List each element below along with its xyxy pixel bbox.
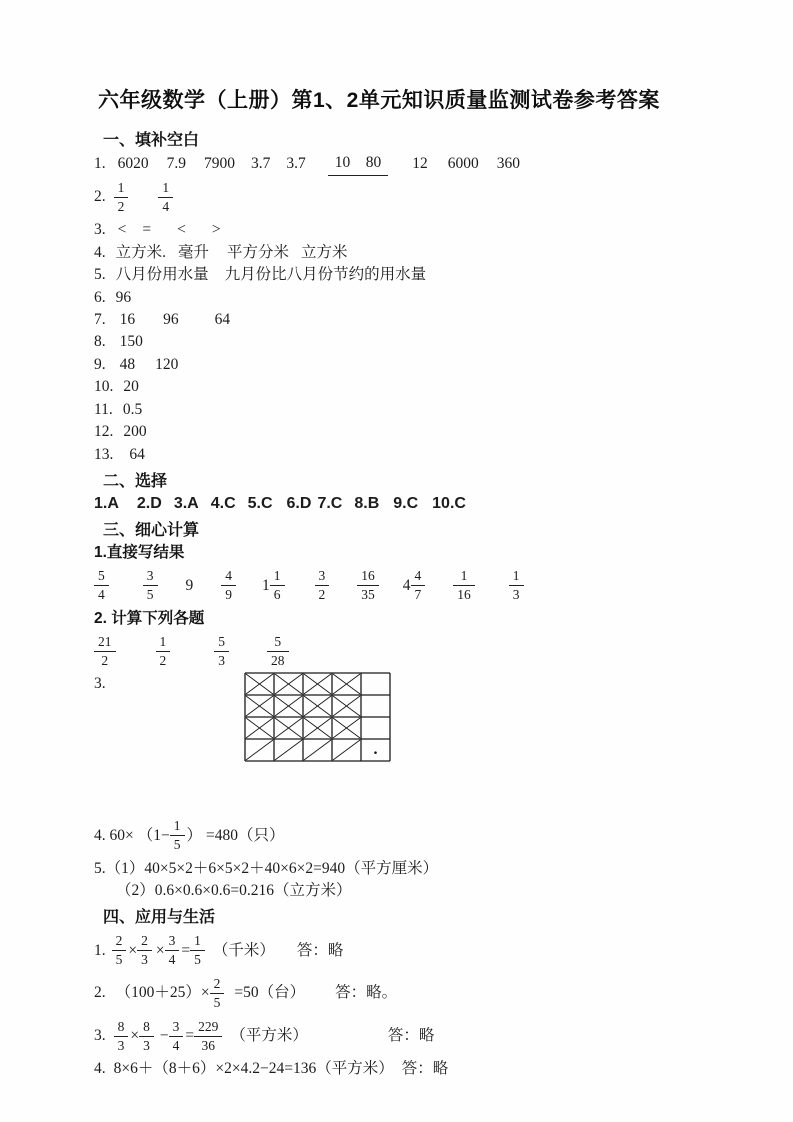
spacer — [106, 342, 120, 343]
numerator: 1 — [158, 180, 173, 198]
spacer — [209, 252, 227, 253]
fraction: 1635 — [357, 568, 379, 603]
spacer — [209, 275, 225, 276]
mixed-number: 447 — [403, 568, 426, 603]
answer-text: 10. — [94, 376, 113, 398]
answer-line: 5.八月份用水量九月份比八月份节约的用水量 — [94, 264, 737, 286]
answer-text: 3. — [94, 1025, 106, 1047]
answer-text: 6. — [94, 287, 106, 309]
section-heading: 四、应用与生活 — [103, 904, 737, 927]
answer-line: 3.83×83−34=22936（平方米）答：略 — [94, 1015, 737, 1058]
denominator: 4 — [169, 1037, 184, 1054]
answer-text: 6000 — [448, 153, 479, 175]
spacer — [193, 585, 221, 586]
spacer — [106, 252, 116, 253]
answer-text: × — [130, 1025, 139, 1047]
numerator: 2 — [137, 933, 152, 951]
answer-text: 13. — [94, 444, 113, 466]
answer-line: 543594911632163544711613 — [94, 564, 737, 607]
answer-text: 5. — [94, 264, 106, 286]
denominator: 35 — [357, 586, 379, 603]
denominator: 3 — [137, 951, 152, 968]
numerator: 1 — [270, 568, 285, 586]
spacer — [128, 197, 158, 198]
section: 四、应用与生活1.25×23×34=15（千米）答：略2.（100＋25）×25… — [94, 904, 737, 1080]
denominator: 3 — [509, 586, 524, 603]
fraction: 83 — [139, 1019, 154, 1054]
fraction: 13 — [509, 568, 524, 603]
answer-line: 7.169664 — [94, 309, 737, 331]
spacer — [170, 651, 214, 652]
spacer — [116, 651, 156, 652]
answer-text: 毫升 — [178, 242, 209, 264]
denominator: 6 — [270, 586, 285, 603]
spacer — [418, 503, 432, 504]
answer-text: 11. — [94, 399, 113, 421]
numerator: 2 — [112, 933, 127, 951]
answer-text: 3. — [94, 219, 106, 241]
spacer — [106, 320, 120, 321]
spacer — [166, 252, 178, 253]
numerator: 4 — [411, 568, 426, 586]
denominator: 2 — [114, 198, 129, 215]
answer-line: 10.20 — [94, 376, 737, 398]
spacer — [113, 409, 123, 410]
answer-text: 120 — [155, 354, 178, 376]
answer-line: 1.A2.D3.A4.C5.C6.D7.C8.B9.C10.C — [94, 493, 737, 515]
answer-line: 2.1214 — [94, 176, 737, 219]
numerator: 3 — [165, 933, 180, 951]
numerator: 5 — [94, 568, 109, 586]
answer-text: 200 — [123, 421, 146, 443]
denominator: 16 — [453, 586, 475, 603]
spacer — [113, 454, 129, 455]
section: 一、填补空白1.60207.979003.73.710 801260003602… — [94, 127, 737, 466]
fraction: 53 — [214, 634, 229, 669]
whole-number: 4 — [403, 575, 411, 597]
spacer — [135, 320, 163, 321]
answer-text: 12 — [412, 153, 428, 175]
whole-number: 1 — [262, 575, 270, 597]
spacer — [106, 275, 116, 276]
answer-text: 0.5 — [123, 399, 142, 421]
spacer — [275, 950, 297, 951]
stray-dot — [374, 752, 377, 755]
numerator: 229 — [194, 1019, 222, 1037]
spacer — [135, 364, 155, 365]
numerator: 8 — [114, 1019, 129, 1037]
answer-text: 5.（1）40×5×2＋6×5×2＋40×6×2=940（平方厘米） — [94, 858, 438, 880]
answer-line: 1.直接写结果 — [94, 542, 737, 564]
numerator: 1 — [509, 568, 524, 586]
answer-text: 6.D — [287, 493, 312, 515]
numerator: 1 — [190, 933, 205, 951]
answer-text: 3.A — [174, 493, 199, 515]
answer-text: 9. — [94, 354, 106, 376]
answer-text: 7900 — [204, 153, 235, 175]
spacer — [106, 1036, 114, 1037]
answer-line: 9.48120 — [94, 353, 737, 375]
spacer — [379, 503, 393, 504]
fraction: 25 — [210, 976, 225, 1011]
denominator: 5 — [170, 836, 185, 853]
answer-text: =50（台） — [234, 982, 305, 1004]
denominator: 4 — [94, 586, 109, 603]
denominator: 36 — [194, 1037, 222, 1054]
answer-text: 4.C — [211, 493, 236, 515]
spacer — [475, 585, 509, 586]
denominator: 5 — [190, 951, 205, 968]
answer-text: 10.C — [432, 493, 466, 515]
section-heading: 一、填补空白 — [103, 127, 737, 150]
answer-text: 9 — [186, 575, 194, 597]
spacer — [205, 950, 213, 951]
answer-text: × — [156, 940, 165, 962]
answer-text: × — [128, 940, 137, 962]
fraction: 15 — [190, 933, 205, 968]
fraction: 16 — [270, 568, 285, 603]
numerator: 1 — [170, 818, 185, 836]
spacer — [236, 585, 262, 586]
answer-text: = — [181, 940, 190, 962]
spacer — [113, 432, 123, 433]
spacer — [394, 1069, 402, 1070]
spacer — [270, 164, 286, 165]
denominator: 5 — [210, 994, 225, 1011]
answer-text: 2. — [94, 982, 106, 1004]
numerator: 4 — [221, 568, 236, 586]
answer-line: 6.96 — [94, 286, 737, 308]
spacer — [109, 585, 143, 586]
answer-text: 2.D — [137, 493, 162, 515]
numerator: 1 — [114, 180, 129, 198]
denominator: 28 — [267, 652, 289, 669]
spacer — [379, 585, 403, 586]
numerator: 3 — [143, 568, 158, 586]
answer-text: − — [160, 1025, 169, 1047]
spacer — [151, 230, 177, 231]
answer-line: 4. 60×（1−15）=480（只） — [94, 814, 737, 857]
section-heading: 三、细心计算 — [103, 517, 737, 540]
numerator: 8 — [139, 1019, 154, 1037]
page-title: 六年级数学（上册）第1、2单元知识质量监测试卷参考答案 — [98, 84, 737, 114]
answer-text: 4. — [94, 1058, 106, 1080]
spacer — [158, 585, 186, 586]
answer-line: 11.0.5 — [94, 398, 737, 420]
denominator: 4 — [165, 951, 180, 968]
spacer — [306, 164, 328, 165]
answer-line: 2.（100＋25）×25=50（台）答：略。 — [94, 972, 737, 1015]
answer-text: > — [212, 219, 221, 241]
answer-text: 6020 — [118, 153, 149, 175]
answer-text: 96 — [163, 309, 179, 331]
spacer — [106, 297, 116, 298]
answer-text: 5.C — [248, 493, 273, 515]
answer-line: 2. 计算下列各题 — [94, 607, 737, 629]
answer-text: 4. — [94, 242, 106, 264]
numerator: 1 — [156, 634, 171, 652]
denominator: 5 — [143, 586, 158, 603]
spacer — [186, 164, 204, 165]
answer-text: 1. — [94, 940, 106, 962]
answer-text: 7.9 — [167, 153, 186, 175]
spacer — [222, 1036, 230, 1037]
numerator: 3 — [315, 568, 330, 586]
spacer — [113, 387, 123, 388]
fraction: 15 — [170, 818, 185, 853]
numerator: 1 — [453, 568, 475, 586]
section: 三、细心计算1.直接写结果5435949116321635447116132. … — [94, 517, 737, 902]
spacer — [289, 252, 301, 253]
document-page: 六年级数学（上册）第1、2单元知识质量监测试卷参考答案 一、填补空白1.6020… — [0, 0, 793, 1122]
spacer — [186, 230, 212, 231]
answer-line: 4.立方米.毫升平方分米立方米 — [94, 241, 737, 263]
denominator: 2 — [315, 586, 330, 603]
answer-line: （2）0.6×0.6×0.6=0.216（立方米） — [94, 880, 737, 902]
denominator: 3 — [139, 1037, 154, 1054]
fraction: 12 — [156, 634, 171, 669]
answer-text: = — [185, 1025, 194, 1047]
spacer — [149, 164, 167, 165]
denominator: 7 — [411, 586, 426, 603]
spacer — [428, 164, 448, 165]
subheading: 2. 计算下列各题 — [94, 608, 204, 630]
denominator: 9 — [221, 586, 236, 603]
answer-text: 答：略 — [402, 1058, 449, 1080]
spacer — [479, 164, 497, 165]
spacer — [162, 503, 174, 504]
answer-text: （1− — [138, 825, 170, 847]
spacer — [229, 651, 267, 652]
answer-sections: 一、填补空白1.60207.979003.73.710 801260003602… — [94, 127, 737, 1080]
answer-text: 8.B — [354, 493, 379, 515]
answer-text: 16 — [120, 309, 136, 331]
spacer — [329, 585, 357, 586]
answer-text: < — [118, 219, 127, 241]
answer-text: 8×6＋（8＋6）×2×4.2−24=136（平方米） — [114, 1058, 394, 1080]
spacer — [308, 1036, 388, 1037]
fraction: 47 — [411, 568, 426, 603]
spacer — [119, 503, 137, 504]
numerator: 3 — [169, 1019, 184, 1037]
answer-text: 12. — [94, 421, 113, 443]
answer-line: 2121253528 — [94, 630, 737, 673]
answer-text: 3.7 — [251, 153, 270, 175]
answer-text: 3. — [94, 673, 106, 695]
spacer — [106, 364, 120, 365]
answer-text: 立方米. — [116, 242, 166, 264]
fraction: 25 — [112, 933, 127, 968]
fraction: 32 — [315, 568, 330, 603]
spacer — [388, 164, 412, 165]
answer-text: = — [142, 219, 151, 241]
answer-text: （2）0.6×0.6×0.6=0.216（立方米） — [116, 880, 351, 902]
answer-line: 13.64 — [94, 443, 737, 465]
answer-text: < — [177, 219, 186, 241]
answer-text: 平方分米 — [227, 242, 289, 264]
subheading: 1.直接写结果 — [94, 542, 184, 564]
fraction: 12 — [114, 180, 129, 215]
section: 二、选择1.A2.D3.A4.C5.C6.D7.C8.B9.C10.C — [94, 468, 737, 515]
denominator: 2 — [94, 652, 116, 669]
answer-grid — [244, 672, 391, 762]
answer-text: 立方米 — [301, 242, 348, 264]
section-heading: 二、选择 — [103, 468, 737, 491]
fraction: 83 — [114, 1019, 129, 1054]
answer-text: （100＋25）× — [116, 982, 210, 1004]
spacer — [94, 891, 116, 892]
fraction: 23 — [137, 933, 152, 968]
fraction: 34 — [169, 1019, 184, 1054]
answer-line: 4.8×6＋（8＋6）×2×4.2−24=136（平方米）答：略 — [94, 1058, 737, 1080]
denominator: 3 — [114, 1037, 129, 1054]
numerator: 5 — [214, 634, 229, 652]
answer-text: 答：略 — [388, 1025, 435, 1047]
fraction: 34 — [165, 933, 180, 968]
answer-text: 4. 60× — [94, 825, 134, 847]
underlined-answer: 10 80 — [328, 152, 389, 176]
answer-line: 8.150 — [94, 331, 737, 353]
answer-text: 360 — [497, 153, 520, 175]
spacer — [106, 993, 116, 994]
fraction: 212 — [94, 634, 116, 669]
answer-text: 150 — [120, 331, 143, 353]
spacer — [342, 503, 354, 504]
fraction: 54 — [94, 568, 109, 603]
denominator: 4 — [158, 198, 173, 215]
numerator: 21 — [94, 634, 116, 652]
fraction: 116 — [453, 568, 475, 603]
spacer — [224, 993, 234, 994]
denominator: 3 — [214, 652, 229, 669]
answer-line: 5.（1）40×5×2＋6×5×2＋40×6×2=940（平方厘米） — [94, 857, 737, 879]
spacer — [106, 197, 114, 198]
spacer — [235, 164, 251, 165]
answer-text: 九月份比八月份节约的用水量 — [225, 264, 427, 286]
answer-text: 96 — [116, 287, 132, 309]
answer-line: 3.<=<> — [94, 219, 737, 241]
answer-text: 1.A — [94, 493, 119, 515]
answer-text: 7. — [94, 309, 106, 331]
answer-text: 64 — [215, 309, 231, 331]
answer-text: 八月份用水量 — [116, 264, 209, 286]
spacer — [425, 585, 453, 586]
answer-line: 3. — [94, 672, 737, 762]
spacer — [199, 503, 211, 504]
answer-text: 答：略 — [297, 940, 344, 962]
spacer — [106, 164, 118, 165]
answer-text: （千米） — [213, 940, 275, 962]
answer-text: 9.C — [393, 493, 418, 515]
spacer — [126, 230, 142, 231]
answer-text: 2. — [94, 186, 106, 208]
spacer — [305, 993, 335, 994]
answer-text: =480（只） — [206, 825, 285, 847]
numerator: 5 — [267, 634, 289, 652]
mixed-number: 116 — [262, 568, 285, 603]
spacer — [106, 1069, 114, 1070]
fraction: 49 — [221, 568, 236, 603]
spacer — [106, 230, 118, 231]
answer-text: ） — [187, 825, 203, 847]
answer-text: 3.7 — [286, 153, 305, 175]
fraction: 35 — [143, 568, 158, 603]
answer-text: 8. — [94, 331, 106, 353]
answer-text: 答：略。 — [335, 982, 397, 1004]
answer-text: 20 — [123, 376, 139, 398]
denominator: 2 — [156, 652, 171, 669]
answer-text: （平方米） — [230, 1025, 308, 1047]
answer-text: 48 — [120, 354, 136, 376]
answer-text: 1. — [94, 153, 106, 175]
answer-text: 64 — [129, 444, 145, 466]
numerator: 16 — [357, 568, 379, 586]
spacer — [179, 320, 215, 321]
answer-line: 12.200 — [94, 421, 737, 443]
fraction: 528 — [267, 634, 289, 669]
fraction: 22936 — [194, 1019, 222, 1054]
numerator: 2 — [210, 976, 225, 994]
denominator: 5 — [112, 951, 127, 968]
spacer — [285, 585, 315, 586]
fraction: 14 — [158, 180, 173, 215]
spacer — [236, 503, 248, 504]
answer-line: 1.25×23×34=15（千米）答：略 — [94, 929, 737, 972]
answer-text: 7.C — [317, 493, 342, 515]
answer-line: 1.60207.979003.73.710 80126000360 — [94, 152, 737, 176]
spacer — [273, 503, 287, 504]
